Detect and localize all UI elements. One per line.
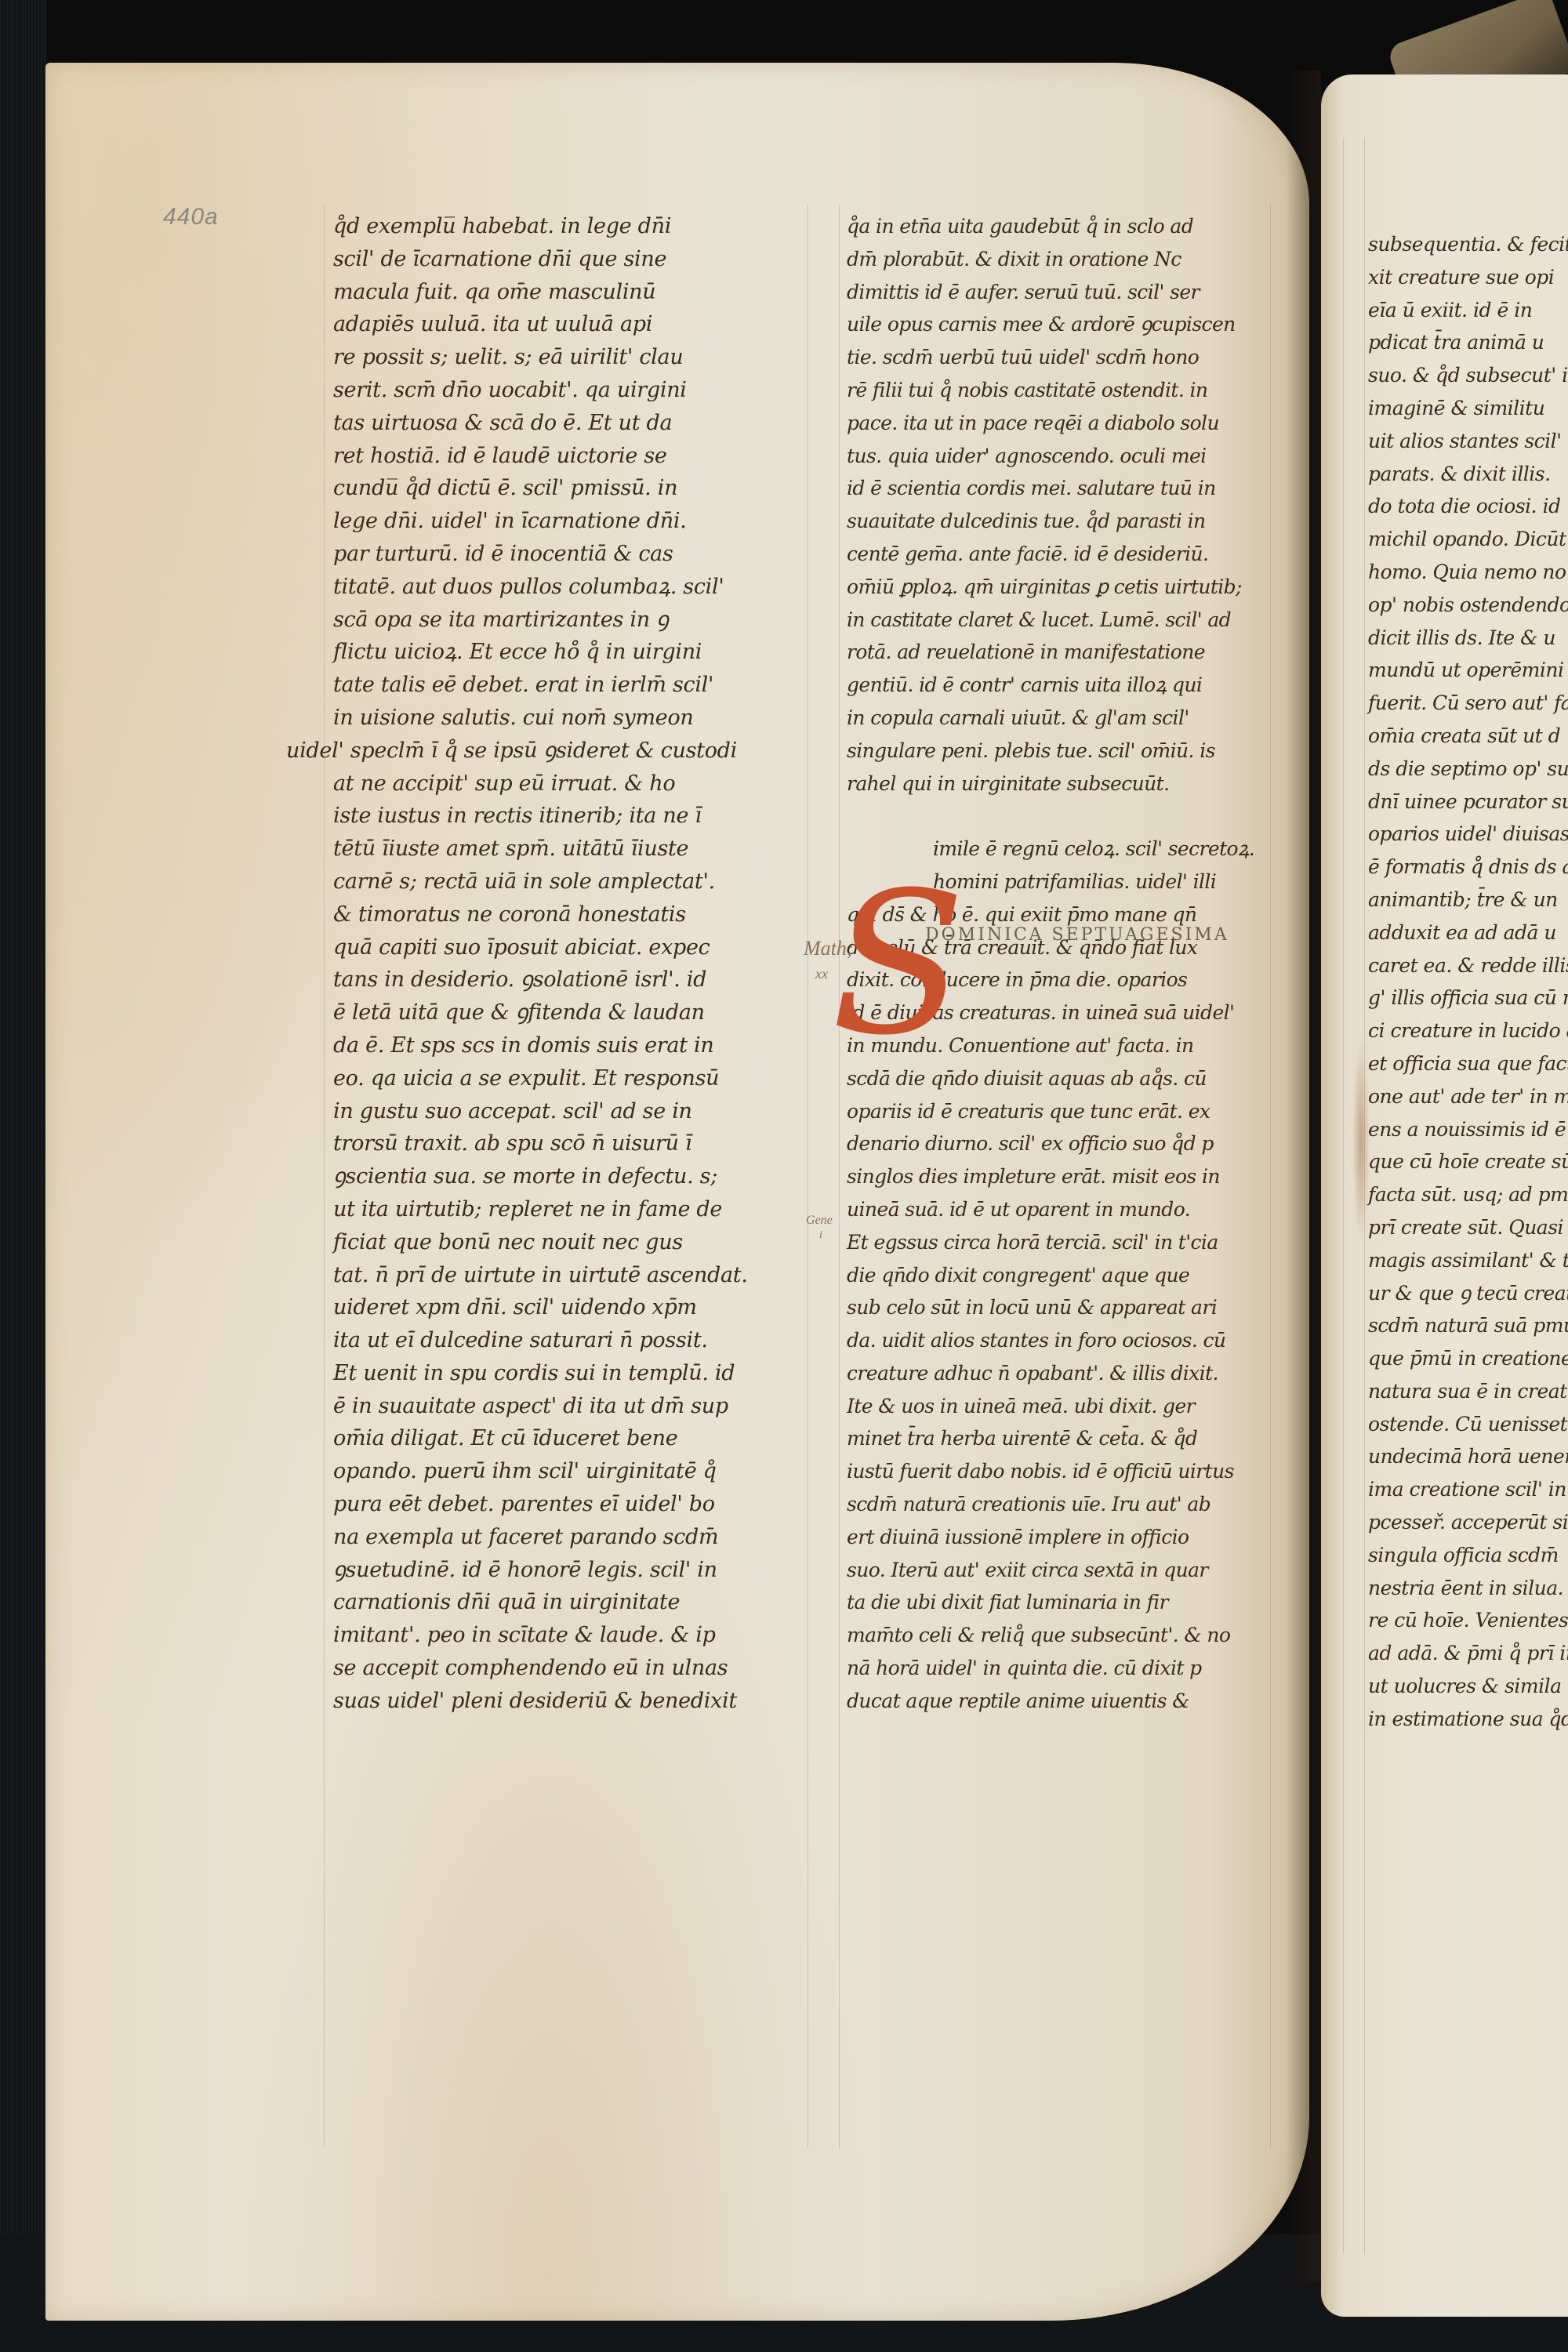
ruling-line — [324, 204, 325, 2148]
text-line: Et egssus circa horā terciā. scil' in t'… — [847, 1226, 1270, 1259]
text-line: in castitate claret & lucet. Lumē. scil'… — [847, 604, 1270, 637]
text-line: ens a nouissimis id ē a — [1368, 1113, 1568, 1146]
text-line: singulare peni. plebis tue. scil' om̄iū.… — [847, 735, 1270, 768]
text-line: centē gem̄a. ante faciē. id ē desideriū. — [847, 538, 1270, 571]
text-line: serit. scm̄ dn̄o uocabit'. qa uirgini — [333, 374, 811, 407]
text-line: dm̄ plorabūt. & dixit in oratione Nc — [847, 243, 1270, 276]
text-line: uideret xpm dn̄i. scil' uidendo xp̄m — [333, 1291, 811, 1324]
recto-text-column: subsequentia. & fecit xit creature sue o… — [1368, 228, 1568, 1736]
text-line: at ne accipit' sup eū irruat. & ho — [333, 768, 811, 800]
text-line: in copula carnali uiuūt. & gl'am scil' — [847, 702, 1270, 735]
gutter-shadow — [1286, 71, 1321, 2281]
text-line: ita ut eī dulcedine saturari n̄ possit. — [333, 1324, 811, 1357]
text-line: id ē scientia cordis mei. salutare tuū i… — [847, 472, 1270, 505]
text-line: uile opus carnis mee & ardorē ꝯcupiscen — [847, 308, 1270, 341]
text-line: pcesseř. acceperūt singl' — [1368, 1506, 1568, 1539]
text-line: cundu̅ q̊d dictū ē. scil' pmissū. in — [333, 472, 811, 505]
text-line: in uisione salutis. cui nom̄ symeon — [333, 702, 811, 735]
text-line: facta sūt. usq; ad pmos — [1368, 1178, 1568, 1211]
text-line: fuerit. Cū sero aut' fa — [1368, 687, 1568, 720]
text-line: sub celo sūt in locū unū & appareat ari — [847, 1291, 1270, 1324]
rubric-heading: Dominica Septuagesima — [925, 925, 1229, 945]
text-line: macula fuit. qa om̄e masculinū — [333, 276, 811, 309]
text-line: suo. Iterū aut' exiit circa sextā in qua… — [847, 1554, 1270, 1587]
text-line: ut ita uirtutib; repleret ne in fame de — [333, 1193, 811, 1226]
text-line: in gustu suo accepat. scil' ad se in — [333, 1095, 811, 1128]
text-line: pace. ita ut in pace reqēi a diabolo sol… — [847, 407, 1270, 440]
text-line: suauitate dulcedinis tue. q̊d parasti in — [847, 505, 1270, 538]
text-line: om̄ia diligat. Et cū īduceret bene — [333, 1422, 811, 1455]
margin-note-gospel: Math; — [804, 937, 854, 960]
text-line: michil opando. Dicūt — [1368, 523, 1568, 556]
text-line: q̊a in etn̄a uita gaudebūt q̊ in sclo ad — [847, 210, 1270, 243]
text-line: tans in desiderio. ꝯsolationē isrl'. id — [333, 964, 811, 996]
text-line: rahel qui in uirginitate subsecuūt. — [847, 768, 1270, 800]
text-line: re possit s; uelit. s; eā uirilit' clau — [333, 341, 811, 374]
text-line: in estimatione sua q̊d pl — [1368, 1703, 1568, 1736]
text-line: Ite & uos in uineā meā. ubi dixit. ger — [847, 1390, 1270, 1423]
text-line: oparios uidel' diuisas c — [1368, 818, 1568, 851]
margin-note-genesis: Gene — [806, 1214, 833, 1228]
text-line: et officia sua que fact — [1368, 1047, 1568, 1080]
text-line: undecimā horā uenerūt — [1368, 1440, 1568, 1473]
text-line: caret ea. & redde illis r — [1368, 949, 1568, 982]
text-line: prī create sūt. Quasi dice — [1368, 1211, 1568, 1244]
text-line: ad adā. & p̄mi q̊ prī in — [1368, 1637, 1568, 1670]
text-line: creature adhuc n̄ opabant'. & illis dixi… — [847, 1357, 1270, 1390]
ruling-line — [1343, 137, 1344, 2254]
text-line: ret hostiā. id ē laudē uictorie se — [333, 440, 811, 473]
text-line: scdm̄ naturā suā pmū — [1368, 1309, 1568, 1342]
text-line: ꝯscientia sua. se morte in defectu. s; — [333, 1160, 811, 1193]
text-line: ꝯsuetudinē. id ē honorē legis. scil' in — [333, 1554, 811, 1587]
text-line: g' illis officia sua cū m — [1368, 982, 1568, 1014]
text-line: que cū hoīe create sūt q — [1368, 1145, 1568, 1178]
text-line: dimittis id ē aufer. seruū tuū. scil' se… — [847, 276, 1270, 309]
text-line: na exempla ut faceret parando scdm̄ — [333, 1521, 811, 1554]
text-line: re cū hoīe. Venientes au — [1368, 1604, 1568, 1637]
text-line: imaginē & similitu — [1368, 392, 1568, 425]
text-line: tat. n̄ prī de uirtute in uirtutē ascend… — [333, 1259, 811, 1292]
text-line: subsequentia. & fecit — [1368, 228, 1568, 261]
text-line: iste iustus in rectis itinerib; ita ne ī — [333, 800, 811, 833]
text-line: ut uolucres & simila — [1368, 1670, 1568, 1703]
text-line: ci creature in lucido ac — [1368, 1014, 1568, 1047]
text-line: denario diurno. scil' ex officio suo q̊d… — [847, 1127, 1270, 1160]
text-line: ē in suauitate aspect' di ita ut dm̄ sup — [333, 1390, 811, 1423]
text-line: pdicat t̄ra animā u — [1368, 326, 1568, 359]
decorated-initial: S — [831, 886, 925, 1043]
text-line: q̊d exemplu̅ habebat. in lege dn̄i — [333, 210, 811, 243]
text-line: carnē s; rectā uiā in sole amplectat'. — [333, 866, 811, 898]
text-line: eo. qa uicia a se expulit. Et responsū — [333, 1062, 811, 1095]
ruling-line — [1270, 204, 1271, 2148]
text-line: par turturū. id ē inocentiā & cas — [333, 538, 811, 571]
text-line: imitant'. peo in scītate & laude. & ip — [333, 1619, 811, 1652]
text-line: ert diuinā iussionē implere in officio — [847, 1521, 1270, 1554]
text-line: ducat aque reptile anime uiuentis & — [847, 1685, 1270, 1718]
text-line: ē formatis q̊ dnis ds a — [1368, 851, 1568, 884]
ruling-line — [839, 204, 840, 2148]
rubric-spacer — [847, 800, 1270, 833]
text-line: suo. & q̊d subsecut' in — [1368, 359, 1568, 392]
text-line: opariis id ē creaturis que tunc erāt. ex — [847, 1095, 1270, 1128]
text-line: dicit illis ds. Ite & u — [1368, 622, 1568, 655]
text-line: trorsū traxit. ab spu scō n̄ uisurū ī — [333, 1127, 811, 1160]
text-line: singlos dies impleture erāt. misit eos i… — [847, 1160, 1270, 1193]
text-line: do tota die ociosi. id — [1368, 490, 1568, 523]
dark-cloth-backdrop — [0, 0, 47, 2352]
text-line: scdm̄ naturā creationis uīe. Iru aut' ab — [847, 1488, 1270, 1521]
text-line: scil' de īcarnatione dn̄i que sine — [333, 243, 811, 276]
text-line: singula officia scdm̄ — [1368, 1539, 1568, 1572]
stain — [1352, 1039, 1370, 1243]
text-line: quā capiti suo īposuit abiciat. expec — [333, 931, 811, 964]
text-line: uineā suā. id ē ut oparent in mundo. — [847, 1193, 1270, 1226]
text-line: mundū ut operēmini — [1368, 654, 1568, 687]
text-line: lege dn̄i. uidel' in īcarnatione dn̄i. — [333, 505, 811, 538]
text-line: rotā. ad reuelationē in manifestatione — [847, 636, 1270, 669]
recto-page: subsequentia. & fecit xit creature sue o… — [1321, 74, 1568, 2317]
text-line: da ē. Et sps scs in domis suis erat in — [333, 1029, 811, 1062]
text-line: carnationis dn̄i quā in uirginitate — [333, 1586, 811, 1619]
text-line: tētū īiuste amet spm̄. uitātū īiuste — [333, 833, 811, 866]
text-line: ima creatione scil' in se — [1368, 1473, 1568, 1506]
text-line: opando. puerū ihm scil' uirginitatē q̊ — [333, 1455, 811, 1488]
text-line: adduxit ea ad adā u — [1368, 916, 1568, 949]
text-line: tie. scdm̄ uerbū tuū uidel' scdm̄ hono — [847, 341, 1270, 374]
text-line: ta die ubi dixit fiat luminaria in fir — [847, 1586, 1270, 1619]
text-line: animantib; t̄re & un — [1368, 884, 1568, 916]
text-line: nā horā uidel' in quinta die. cū dixit p — [847, 1652, 1270, 1685]
text-line: scā opa se ita martirizantes in ꝯ — [333, 604, 811, 637]
text-line: die qn̄do dixit congregent' aque que — [847, 1259, 1270, 1292]
text-line: ficiat que bonū nec nouit nec gus — [333, 1226, 811, 1259]
text-line: xit creature sue opi — [1368, 261, 1568, 294]
text-line: mam̄to celi & reliq̊ que subsecūnt'. & n… — [847, 1619, 1270, 1652]
text-line: uidel' speclm̄ ī q̊ se ipsū ꝯsideret & c… — [286, 735, 811, 768]
text-line: natura sua ē in creat — [1368, 1375, 1568, 1408]
text-line: ostende. Cū uenisset & — [1368, 1408, 1568, 1441]
text-line: uit alios stantes scil' — [1368, 425, 1568, 458]
text-line: ē letā uitā que & ꝯfitenda & laudan — [333, 996, 811, 1029]
folio-number: 440a — [163, 204, 219, 230]
text-line: ur & que ꝯ tecū creatu — [1368, 1277, 1568, 1310]
text-line: rē filii tui q̊ nobis castitatē ostendit… — [847, 374, 1270, 407]
margin-note-genesis-chapter: i — [819, 1229, 822, 1242]
margin-note-gospel-chapter: xx — [815, 966, 828, 982]
text-line: tate talis eē debet. erat in ierlm̄ scil… — [333, 669, 811, 702]
text-line: om̄ia creata sūt ut d — [1368, 720, 1568, 753]
text-line: dnī uinee pcurator su — [1368, 786, 1568, 818]
text-line: suas uidel' pleni desideriū & benedixit — [333, 1685, 811, 1718]
text-line: se accepit comphendendo eū in ulnas — [333, 1652, 811, 1685]
text-line: que p̄mū in creatione — [1368, 1342, 1568, 1375]
text-line: titatē. aut duos pullos columbaꝝ. scil' — [333, 571, 811, 604]
text-line: parats. & dixit illis. — [1368, 458, 1568, 491]
text-line: gentiū. id ē contr' carnis uita illoꝝ qu… — [847, 669, 1270, 702]
text-line: & timoratus ne coronā honestatis — [333, 898, 811, 931]
text-line: magis assimilant' & tec — [1368, 1244, 1568, 1277]
text-line: Et uenit in spu cordis sui in templū. id — [333, 1357, 811, 1390]
text-column-left: q̊d exemplu̅ habebat. in lege dn̄i scil'… — [333, 210, 811, 1718]
text-line: homo. Quia nemo no — [1368, 556, 1568, 589]
text-line: iustū fuerit dabo nobis. id ē officiū ui… — [847, 1455, 1270, 1488]
text-line: one aut' ade ter' in m — [1368, 1080, 1568, 1113]
text-line: adapiēs uuluā. ita ut uuluā api — [333, 308, 811, 341]
text-line: nestria ēent in silua. do — [1368, 1572, 1568, 1605]
text-line: om̄iū ꝑploꝝ. qm̄ uirginitas ꝑ cetis uirt… — [847, 571, 1270, 604]
text-line: ds die septimo op' suū — [1368, 753, 1568, 786]
text-line: pura eēt debet. parentes eī uidel' bo — [333, 1488, 811, 1521]
text-line: da. uidit alios stantes in foro ociosos.… — [847, 1324, 1270, 1357]
text-line: minet t̄ra herba uirentē & cet̄a. & q̊d — [847, 1422, 1270, 1455]
text-line: flictu uicioꝝ. Et ecce ho̊ q̊ in uirgini — [333, 636, 811, 669]
text-line: eīa ū exiit. id ē in — [1368, 294, 1568, 327]
text-line: op' nobis ostendendo — [1368, 589, 1568, 622]
text-line: tus. quia uider' agnoscendo. oculi mei — [847, 440, 1270, 473]
text-line: tas uirtuosa & scā do ē. Et ut da — [333, 407, 811, 440]
